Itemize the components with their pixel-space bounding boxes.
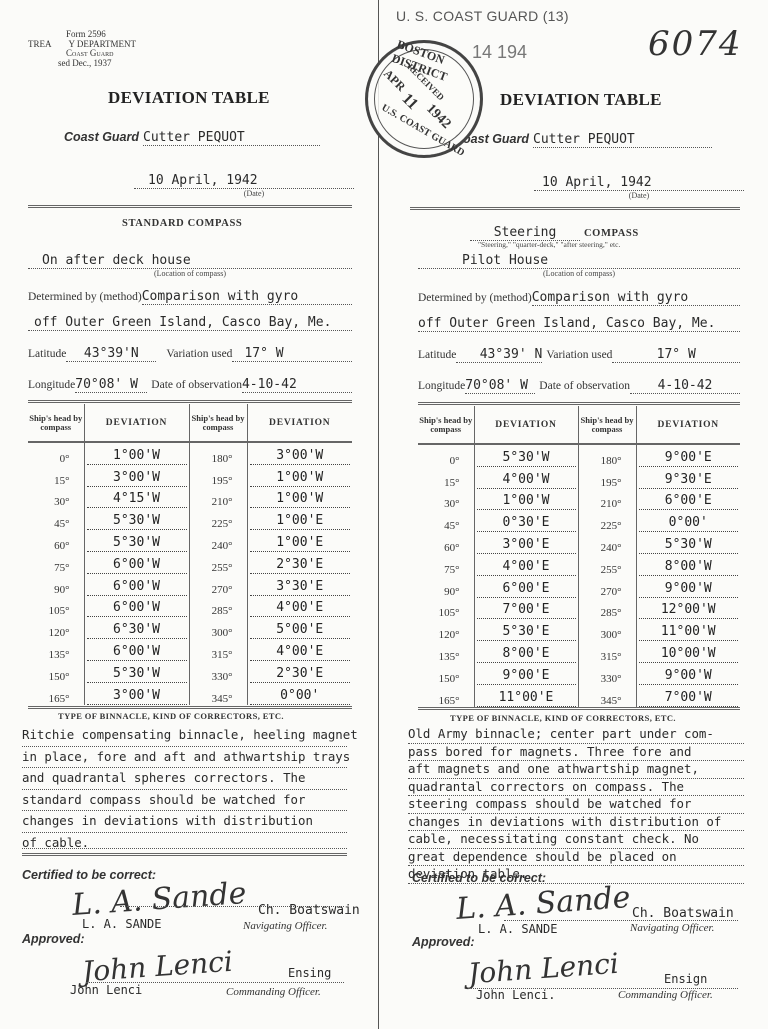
compass-name-line: Steering COMPASS	[470, 225, 639, 241]
column-header-deviation: DEVIATION	[84, 404, 189, 442]
ships-head-cell: 135°	[418, 641, 474, 663]
ships-head-cell: 255°	[189, 552, 247, 574]
office-stamp: U. S. COAST GUARD (13)	[396, 8, 569, 24]
deviation-cell: 3°00'E	[474, 532, 578, 554]
vessel-label: Coast Guard	[64, 130, 139, 144]
deviation-cell: 8°00'W	[636, 554, 740, 576]
method-label: Determined by (method)	[28, 291, 142, 303]
deviation-value: 5°30'W	[87, 535, 187, 552]
table-row: 105°6°00'W285°4°00'E	[28, 596, 352, 618]
page-title: DEVIATION TABLE	[108, 88, 270, 108]
deviation-cell: 6°00'W	[84, 596, 189, 618]
remark-line: in place, fore and aft and athwartship t…	[22, 747, 347, 769]
longitude-line: Longitude 70°08' W Date of observation 4…	[418, 378, 740, 394]
ships-head-cell: 75°	[418, 554, 474, 576]
navigator-name: L. A. SANDE	[82, 917, 161, 931]
rule	[22, 853, 347, 856]
longitude-label: Longitude	[418, 380, 465, 392]
deviation-value: 8°00'W	[639, 559, 739, 576]
deviation-cell: 1°00'W	[474, 489, 578, 511]
latitude-line: Latitude 43°39'N Variation used 17° W	[28, 346, 352, 362]
deviation-cell: 5°30'W	[84, 508, 189, 530]
deviation-value: 1°00'W	[477, 493, 576, 510]
vessel-line: Coast Guard Cutter PEQUOT	[454, 132, 712, 148]
ships-head-cell: 270°	[578, 576, 636, 598]
navigator-title: Navigating Officer.	[630, 922, 714, 934]
location-value: Pilot House	[418, 253, 740, 269]
latitude-value: 43°39'N	[66, 346, 156, 362]
deviation-cell: 11°00'E	[474, 685, 578, 707]
deviation-value: 5°30'W	[87, 666, 187, 683]
deviation-value: 6°00'W	[87, 644, 187, 661]
deviation-cell: 6°00'W	[84, 574, 189, 596]
ships-head-cell: 345°	[578, 685, 636, 707]
deviation-cell: 10°00'W	[636, 641, 740, 663]
deviation-cell: 9°30'E	[636, 467, 740, 489]
deviation-cell: 6°00'W	[84, 639, 189, 661]
deviation-value: 3°30'E	[250, 579, 351, 596]
compass-name: Steering	[470, 225, 580, 241]
compass-word: COMPASS	[584, 228, 639, 239]
deviation-value: 6°00'W	[87, 557, 187, 574]
deviation-cell: 4°00'W	[474, 467, 578, 489]
column-header-ships-head: Ship's head by compass	[418, 406, 474, 444]
table-row: 90°6°00'W270°3°30'E	[28, 574, 352, 596]
deviation-value: 7°00'W	[639, 690, 739, 707]
deviation-cell: 4°00'E	[247, 596, 352, 618]
standard-compass-form: Form 2596 TREAY DEPARTMENT Coast Guard s…	[0, 0, 378, 1029]
deviation-cell: 7°00'W	[636, 685, 740, 707]
ships-head-cell: 285°	[578, 598, 636, 620]
deviation-cell: 1°00'W	[247, 465, 352, 487]
table-row: 30°1°00'W210°6°00'E	[418, 489, 740, 511]
deviation-cell: 3°00'W	[84, 465, 189, 487]
form-revision: sed Dec., 1937	[28, 59, 136, 69]
table-row: 0°1°00'W180°3°00'W	[28, 442, 352, 465]
ships-head-cell: 315°	[189, 639, 247, 661]
longitude-value: 70°08' W	[465, 378, 535, 394]
deviation-cell: 5°30'W	[636, 532, 740, 554]
date-caption: (Date)	[534, 191, 744, 200]
ships-head-cell: 0°	[28, 442, 84, 465]
deviation-value: 8°00'E	[477, 646, 576, 663]
deviation-cell: 5°30'E	[474, 619, 578, 641]
deviation-value: 6°00'W	[87, 600, 187, 617]
variation-value: 17° W	[232, 346, 352, 362]
remark-line: standard compass should be watched for	[22, 790, 347, 812]
date-line: 10 April, 1942 (Date)	[134, 173, 354, 198]
deviation-value: 4°00'W	[477, 472, 576, 489]
deviation-value: 4°00'E	[250, 600, 351, 617]
ships-head-cell: 270°	[189, 574, 247, 596]
ships-head-cell: 195°	[189, 465, 247, 487]
deviation-cell: 3°00'W	[247, 442, 352, 465]
ships-head-cell: 345°	[189, 683, 247, 705]
deviation-value: 2°30'E	[250, 666, 351, 683]
column-header-deviation: DEVIATION	[474, 406, 578, 444]
vessel-name: Cutter PEQUOT	[533, 132, 712, 148]
variation-value: 17° W	[612, 347, 740, 363]
method-location: off Outer Green Island, Casco Bay, Me.	[418, 316, 740, 332]
method-line: Determined by (method) Comparison with g…	[418, 290, 740, 306]
table-row: 30°4°15'W210°1°00'W	[28, 487, 352, 509]
deviation-cell: 12°00'W	[636, 598, 740, 620]
rule	[28, 205, 352, 208]
deviation-cell: 11°00'W	[636, 619, 740, 641]
deviation-value: 6°30'W	[87, 622, 187, 639]
certified-label: Certified to be correct:	[412, 871, 546, 885]
deviation-cell: 0°30'E	[474, 510, 578, 532]
ships-head-cell: 180°	[578, 444, 636, 467]
remark-line: steering compass should be watched for	[408, 796, 744, 814]
deviation-value: 3°00'W	[87, 688, 187, 705]
ships-head-cell: 225°	[578, 510, 636, 532]
vessel-line: Coast Guard Cutter PEQUOT	[64, 130, 320, 146]
remark-line: great dependence should be placed on	[408, 849, 744, 867]
table-row: 15°4°00'W195°9°30'E	[418, 467, 740, 489]
column-header-deviation: DEVIATION	[247, 404, 352, 442]
rule	[410, 207, 740, 210]
approved-label: Approved:	[412, 935, 475, 949]
deviation-cell: 1°00'E	[247, 508, 352, 530]
method-value: Comparison with gyro	[532, 290, 740, 306]
date-line: 10 April, 1942 (Date)	[534, 175, 744, 200]
column-header-deviation: DEVIATION	[636, 406, 740, 444]
deviation-value: 1°00'E	[250, 535, 351, 552]
deviation-cell: 2°30'E	[247, 552, 352, 574]
commander-name: John Lenci.	[476, 988, 555, 1002]
deviation-value: 3°00'E	[477, 537, 576, 554]
observation-date: 4-10-42	[630, 378, 740, 394]
deviation-cell: 9°00'E	[636, 444, 740, 467]
deviation-value: 9°30'E	[639, 472, 739, 489]
deviation-cell: 4°00'E	[474, 554, 578, 576]
deviation-table: Ship's head by compass DEVIATION Ship's …	[418, 406, 740, 707]
table-row: 150°9°00'E330°9°00'W	[418, 663, 740, 685]
ships-head-cell: 135°	[28, 639, 84, 661]
deviation-value: 1°00'W	[87, 448, 187, 465]
column-header-ships-head: Ship's head by compass	[28, 404, 84, 442]
rule	[418, 707, 740, 710]
deviation-value: 10°00'W	[639, 646, 739, 663]
form-dept-left: TREA	[28, 39, 52, 49]
table-row: 150°5°30'W330°2°30'E	[28, 661, 352, 683]
location-caption: (Location of compass)	[28, 269, 352, 278]
approved-label: Approved:	[22, 932, 85, 946]
deviation-cell: 9°00'W	[636, 576, 740, 598]
remark-line: and quadrantal spheres correctors. The	[22, 768, 347, 790]
ships-head-cell: 60°	[418, 532, 474, 554]
ships-head-cell: 75°	[28, 552, 84, 574]
page-title: DEVIATION TABLE	[500, 90, 662, 110]
deviation-value: 4°00'E	[250, 644, 351, 661]
remark-line: Ritchie compensating binnacle, heeling m…	[22, 725, 347, 747]
method-label: Determined by (method)	[418, 292, 532, 304]
observation-label: Date of observation	[539, 380, 630, 392]
remark-line: changes in deviations with distribution …	[408, 814, 744, 832]
navigator-name: L. A. SANDE	[478, 922, 557, 936]
stamp-day: 11	[398, 90, 421, 113]
ships-head-cell: 30°	[28, 487, 84, 509]
deviation-value: 1°00'W	[250, 470, 351, 487]
table-row: 60°5°30'W240°1°00'E	[28, 530, 352, 552]
ships-head-cell: 45°	[28, 508, 84, 530]
deviation-cell: 3°00'W	[84, 683, 189, 705]
page-divider	[378, 0, 379, 1029]
ships-head-cell: 105°	[418, 598, 474, 620]
deviation-value: 5°30'W	[87, 513, 187, 530]
latitude-value: 43°39' N	[456, 347, 542, 363]
table-header-row: Ship's head by compass DEVIATION Ship's …	[418, 406, 740, 444]
deviation-cell: 9°00'E	[474, 663, 578, 685]
vessel-name: Cutter PEQUOT	[143, 130, 320, 146]
table-header-row: Ship's head by compass DEVIATION Ship's …	[28, 404, 352, 442]
date-value: 10 April, 1942	[134, 173, 354, 189]
ships-head-cell: 315°	[578, 641, 636, 663]
deviation-value: 5°30'W	[477, 450, 576, 467]
observation-label: Date of observation	[151, 379, 242, 391]
deviation-value: 3°00'W	[87, 470, 187, 487]
method-value: Comparison with gyro	[142, 289, 352, 305]
longitude-value: 70°08' W	[75, 377, 147, 393]
ships-head-cell: 255°	[578, 554, 636, 576]
ships-head-cell: 300°	[578, 619, 636, 641]
deviation-value: 9°00'W	[639, 668, 739, 685]
ships-head-cell: 120°	[418, 619, 474, 641]
deviation-value: 5°30'E	[477, 624, 576, 641]
ships-head-cell: 30°	[418, 489, 474, 511]
table-row: 135°6°00'W315°4°00'E	[28, 639, 352, 661]
table-row: 120°6°30'W300°5°00'E	[28, 617, 352, 639]
ships-head-cell: 60°	[28, 530, 84, 552]
compass-type: STANDARD COMPASS	[122, 218, 242, 229]
deviation-cell: 0°00'	[247, 683, 352, 705]
date-caption: (Date)	[134, 189, 354, 198]
variation-label: Variation used	[546, 349, 612, 361]
commander-signature: John Lenci	[467, 947, 620, 990]
ships-head-cell: 285°	[189, 596, 247, 618]
deviation-table: Ship's head by compass DEVIATION Ship's …	[28, 404, 352, 705]
ships-head-cell: 150°	[28, 661, 84, 683]
deviation-cell: 3°30'E	[247, 574, 352, 596]
deviation-cell: 1°00'W	[247, 487, 352, 509]
deviation-cell: 6°00'E	[636, 489, 740, 511]
ships-head-cell: 0°	[418, 444, 474, 467]
location-line: On after deck house (Location of compass…	[28, 253, 352, 278]
longitude-line: Longitude 70°08' W Date of observation 4…	[28, 377, 352, 393]
deviation-cell: 4°00'E	[247, 639, 352, 661]
longitude-label: Longitude	[28, 379, 75, 391]
table-row: 0°5°30'W180°9°00'E	[418, 444, 740, 467]
ships-head-cell: 105°	[28, 596, 84, 618]
variation-label: Variation used	[166, 348, 232, 360]
table-row: 105°7°00'E285°12°00'W	[418, 598, 740, 620]
deviation-value: 5°00'E	[250, 622, 351, 639]
rule	[418, 402, 740, 405]
deviation-value: 9°00'E	[477, 668, 576, 685]
method-line: Determined by (method) Comparison with g…	[28, 289, 352, 305]
binnacle-heading: TYPE OF BINNACLE, KIND OF CORRECTORS, ET…	[450, 713, 676, 723]
deviation-cell: 2°30'E	[247, 661, 352, 683]
compass-caption: "Steering," "quarter-deck," "after steer…	[478, 240, 620, 249]
ships-head-cell: 90°	[418, 576, 474, 598]
binnacle-heading: TYPE OF BINNACLE, KIND OF CORRECTORS, ET…	[58, 711, 284, 721]
deviation-value: 0°00'	[639, 515, 739, 532]
navigator-rank: Ch. Boatswain	[258, 903, 360, 918]
ships-head-cell: 195°	[578, 467, 636, 489]
deviation-cell: 0°00'	[636, 510, 740, 532]
table-row: 60°3°00'E240°5°30'W	[418, 532, 740, 554]
date-stamp: 14 194	[472, 42, 527, 63]
deviation-value: 5°30'W	[639, 537, 739, 554]
table-row: 75°4°00'E255°8°00'W	[418, 554, 740, 576]
ships-head-cell: 165°	[418, 685, 474, 707]
deviation-cell: 8°00'E	[474, 641, 578, 663]
deviation-value: 1°00'E	[250, 513, 351, 530]
table-row: 135°8°00'E315°10°00'W	[418, 641, 740, 663]
deviation-cell: 5°30'W	[84, 661, 189, 683]
navigator-signature: L. A. Sande	[71, 876, 247, 923]
ships-head-cell: 240°	[578, 532, 636, 554]
deviation-value: 6°00'W	[87, 579, 187, 596]
deviation-cell: 4°15'W	[84, 487, 189, 509]
form-header: Form 2596 TREAY DEPARTMENT Coast Guard s…	[28, 30, 136, 68]
deviation-value: 2°30'E	[250, 557, 351, 574]
remark-line: cable, necessitating constant check. No	[408, 831, 744, 849]
deviation-value: 6°00'E	[639, 493, 739, 510]
rule	[22, 848, 347, 849]
deviation-cell: 1°00'W	[84, 442, 189, 465]
ships-head-cell: 240°	[189, 530, 247, 552]
latitude-line: Latitude 43°39' N Variation used 17° W	[418, 347, 740, 363]
binnacle-remarks: Old Army binnacle; center part under com…	[408, 726, 744, 884]
deviation-value: 9°00'W	[639, 581, 739, 598]
deviation-value: 9°00'E	[639, 450, 739, 467]
navigator-rank: Ch. Boatswain	[632, 906, 734, 921]
table-row: 165°11°00'E345°7°00'W	[418, 685, 740, 707]
remark-line: pass bored for magnets. Three fore and	[408, 744, 744, 762]
location-line: Pilot House (Location of compass)	[418, 253, 740, 278]
table-row: 15°3°00'W195°1°00'W	[28, 465, 352, 487]
form-dept-right: Y DEPARTMENT	[52, 39, 137, 49]
deviation-value: 12°00'W	[639, 602, 739, 619]
location-value: On after deck house	[28, 253, 352, 269]
ships-head-cell: 120°	[28, 617, 84, 639]
observation-date: 4-10-42	[242, 377, 352, 393]
table-row: 75°6°00'W255°2°30'E	[28, 552, 352, 574]
deviation-cell: 9°00'W	[636, 663, 740, 685]
deviation-cell: 5°30'W	[474, 444, 578, 467]
table-row: 45°0°30'E225°0°00'	[418, 510, 740, 532]
remark-line: Old Army binnacle; center part under com…	[408, 726, 744, 744]
deviation-value: 6°00'E	[477, 581, 576, 598]
deviation-value: 7°00'E	[477, 602, 576, 619]
deviation-value: 0°30'E	[477, 515, 576, 532]
navigator-title: Navigating Officer.	[243, 920, 327, 932]
ships-head-cell: 330°	[189, 661, 247, 683]
deviation-value: 1°00'W	[250, 491, 351, 508]
ships-head-cell: 15°	[28, 465, 84, 487]
column-header-ships-head: Ship's head by compass	[189, 404, 247, 442]
deviation-cell: 5°00'E	[247, 617, 352, 639]
date-value: 10 April, 1942	[534, 175, 744, 191]
table-row: 120°5°30'E300°11°00'W	[418, 619, 740, 641]
deviation-value: 3°00'W	[250, 448, 351, 465]
commander-title: Commanding Officer.	[618, 989, 713, 1001]
ships-head-cell: 210°	[578, 489, 636, 511]
certified-label: Certified to be correct:	[22, 868, 156, 882]
table-row: 165°3°00'W345°0°00'	[28, 683, 352, 705]
deviation-value: 11°00'E	[477, 690, 576, 707]
method-location: off Outer Green Island, Casco Bay, Me.	[28, 315, 352, 331]
latitude-label: Latitude	[418, 349, 456, 361]
ships-head-cell: 90°	[28, 574, 84, 596]
table-row: 45°5°30'W225°1°00'E	[28, 508, 352, 530]
ships-head-cell: 225°	[189, 508, 247, 530]
deviation-value: 4°00'E	[477, 559, 576, 576]
latitude-label: Latitude	[28, 348, 66, 360]
deviation-cell: 5°30'W	[84, 530, 189, 552]
deviation-value: 4°15'W	[87, 491, 187, 508]
commander-name: John Lenci	[70, 983, 142, 997]
received-stamp: BOSTON DISTRICT RECEIVED APR 11 1942 U.S…	[365, 40, 483, 158]
deviation-cell: 7°00'E	[474, 598, 578, 620]
column-header-ships-head: Ship's head by compass	[578, 406, 636, 444]
remark-line: changes in deviations with distribution	[22, 811, 347, 833]
deviation-value: 0°00'	[250, 688, 351, 705]
commander-rank: Ensign	[664, 972, 707, 986]
location-caption: (Location of compass)	[418, 269, 740, 278]
remark-line: aft magnets and one athwartship magnet,	[408, 761, 744, 779]
deviation-cell: 6°00'W	[84, 552, 189, 574]
binnacle-remarks: Ritchie compensating binnacle, heeling m…	[22, 725, 347, 854]
ships-head-cell: 180°	[189, 442, 247, 465]
file-number: 6074	[648, 24, 743, 64]
ships-head-cell: 300°	[189, 617, 247, 639]
ships-head-cell: 330°	[578, 663, 636, 685]
deviation-value: 11°00'W	[639, 624, 739, 641]
ships-head-cell: 45°	[418, 510, 474, 532]
ships-head-cell: 15°	[418, 467, 474, 489]
deviation-cell: 6°30'W	[84, 617, 189, 639]
commander-title: Commanding Officer.	[226, 986, 321, 998]
remark-line: quadrantal correctors on compass. The	[408, 779, 744, 797]
ships-head-cell: 150°	[418, 663, 474, 685]
commander-rank: Ensing	[288, 966, 331, 980]
table-row: 90°6°00'E270°9°00'W	[418, 576, 740, 598]
ships-head-cell: 210°	[189, 487, 247, 509]
ships-head-cell: 165°	[28, 683, 84, 705]
deviation-cell: 6°00'E	[474, 576, 578, 598]
rule	[28, 706, 352, 709]
deviation-cell: 1°00'E	[247, 530, 352, 552]
remark-line: of cable.	[22, 833, 347, 855]
rule	[28, 400, 352, 403]
